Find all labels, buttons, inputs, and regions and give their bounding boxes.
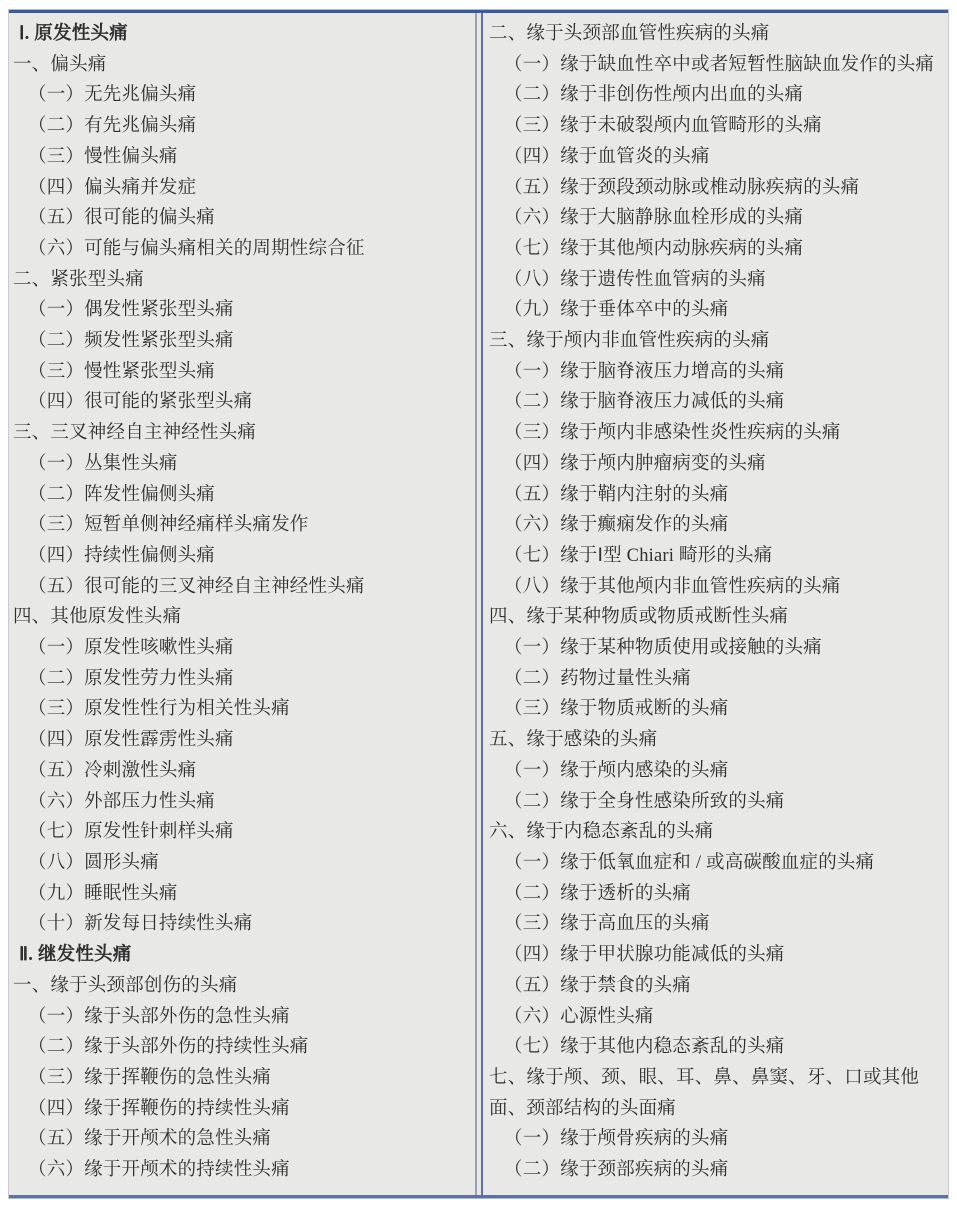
list-item: （九）睡眠性头痛: [13, 879, 469, 910]
table-bottom-border: [9, 1195, 948, 1199]
list-item: （一）缘于某种物质使用或接触的头痛: [489, 633, 938, 664]
list-item: （四）缘于甲状腺功能减低的头痛: [489, 940, 938, 971]
list-item: （二）阵发性偏侧头痛: [13, 480, 469, 511]
left-column: Ⅰ. 原发性头痛一、偏头痛（一）无先兆偏头痛（二）有先兆偏头痛（三）慢性偏头痛（…: [9, 13, 475, 1195]
list-item: （五）缘于开颅术的急性头痛: [13, 1124, 469, 1155]
list-item: （五）冷刺激性头痛: [13, 756, 469, 787]
list-item: （四）缘于挥鞭伤的持续性头痛: [13, 1094, 469, 1125]
list-item: （七）原发性针刺样头痛: [13, 817, 469, 848]
list-item: 四、其他原发性头痛: [13, 602, 469, 633]
list-item: （七）缘于其他内稳态紊乱的头痛: [489, 1032, 938, 1063]
list-item: （一）丛集性头痛: [13, 449, 469, 480]
list-item: （二）缘于头部外伤的持续性头痛: [13, 1032, 469, 1063]
list-item: Ⅱ. 继发性头痛: [13, 940, 469, 971]
list-item: 五、缘于感染的头痛: [489, 725, 938, 756]
list-item: （六）外部压力性头痛: [13, 787, 469, 818]
list-item: （三）慢性偏头痛: [13, 142, 469, 173]
list-item: （三）原发性性行为相关性头痛: [13, 694, 469, 725]
list-item: （四）偏头痛并发症: [13, 173, 469, 204]
list-item: （七）缘于Ⅰ型 Chiari 畸形的头痛: [489, 541, 938, 572]
list-item: 二、缘于头颈部血管性疾病的头痛: [489, 19, 938, 50]
list-item: （三）缘于物质戒断的头痛: [489, 694, 938, 725]
list-item: （三）缘于挥鞭伤的急性头痛: [13, 1063, 469, 1094]
list-item: 三、三叉神经自主神经性头痛: [13, 418, 469, 449]
list-item: （二）缘于非创伤性颅内出血的头痛: [489, 80, 938, 111]
list-item: （五）缘于鞘内注射的头痛: [489, 480, 938, 511]
list-item: （一）缘于缺血性卒中或者短暂性脑缺血发作的头痛: [489, 50, 938, 81]
list-item: 四、缘于某种物质或物质戒断性头痛: [489, 602, 938, 633]
list-item: （八）缘于遗传性血管病的头痛: [489, 265, 938, 296]
list-item: （四）很可能的紧张型头痛: [13, 387, 469, 418]
list-item: （三）慢性紧张型头痛: [13, 357, 469, 388]
list-item: （二）原发性劳力性头痛: [13, 664, 469, 695]
list-item: （二）缘于全身性感染所致的头痛: [489, 787, 938, 818]
headache-classification-table: Ⅰ. 原发性头痛一、偏头痛（一）无先兆偏头痛（二）有先兆偏头痛（三）慢性偏头痛（…: [8, 9, 949, 1199]
list-item: 一、偏头痛: [13, 50, 469, 81]
list-item: （一）缘于头部外伤的急性头痛: [13, 1002, 469, 1033]
list-item: （十）新发每日持续性头痛: [13, 909, 469, 940]
list-item: （一）缘于脑脊液压力增高的头痛: [489, 357, 938, 388]
list-item: （三）缘于高血压的头痛: [489, 909, 938, 940]
list-item: 一、缘于头颈部创伤的头痛: [13, 971, 469, 1002]
list-item: （一）无先兆偏头痛: [13, 80, 469, 111]
list-item: （六）缘于大脑静脉血栓形成的头痛: [489, 203, 938, 234]
list-item: （二）缘于脑脊液压力减低的头痛: [489, 387, 938, 418]
list-item: Ⅰ. 原发性头痛: [13, 19, 469, 50]
page: Ⅰ. 原发性头痛一、偏头痛（一）无先兆偏头痛（二）有先兆偏头痛（三）慢性偏头痛（…: [0, 0, 957, 1207]
list-item: （三）缘于未破裂颅内血管畸形的头痛: [489, 111, 938, 142]
list-item: （四）原发性霹雳性头痛: [13, 725, 469, 756]
list-item: （六）缘于开颅术的持续性头痛: [13, 1155, 469, 1186]
list-item: （二）药物过量性头痛: [489, 664, 938, 695]
list-item: （三）缘于颅内非感染性炎性疾病的头痛: [489, 418, 938, 449]
right-column: 二、缘于头颈部血管性疾病的头痛（一）缘于缺血性卒中或者短暂性脑缺血发作的头痛（二…: [483, 13, 948, 1195]
list-item: （一）偶发性紧张型头痛: [13, 295, 469, 326]
list-item: （六）心源性头痛: [489, 1002, 938, 1033]
list-item: 六、缘于内稳态紊乱的头痛: [489, 817, 938, 848]
column-divider: [475, 13, 483, 1195]
list-item: （二）有先兆偏头痛: [13, 111, 469, 142]
list-item: （二）频发性紧张型头痛: [13, 326, 469, 357]
table-body: Ⅰ. 原发性头痛一、偏头痛（一）无先兆偏头痛（二）有先兆偏头痛（三）慢性偏头痛（…: [9, 13, 948, 1195]
list-item: （二）缘于透析的头痛: [489, 879, 938, 910]
list-item: （一）缘于低氧血症和 / 或高碳酸血症的头痛: [489, 848, 938, 879]
list-item: （二）缘于颈部疾病的头痛: [489, 1155, 938, 1186]
list-item: （一）缘于颅骨疾病的头痛: [489, 1124, 938, 1155]
list-item: （三）短暂单侧神经痛样头痛发作: [13, 510, 469, 541]
list-item: （四）缘于颅内肿瘤病变的头痛: [489, 449, 938, 480]
list-item: （六）缘于癫痫发作的头痛: [489, 510, 938, 541]
list-item: （五）缘于颈段颈动脉或椎动脉疾病的头痛: [489, 173, 938, 204]
list-item: （一）缘于颅内感染的头痛: [489, 756, 938, 787]
list-item: 二、紧张型头痛: [13, 265, 469, 296]
list-item: （八）缘于其他颅内非血管性疾病的头痛: [489, 572, 938, 603]
list-item: （五）缘于禁食的头痛: [489, 971, 938, 1002]
list-item: （八）圆形头痛: [13, 848, 469, 879]
list-item: （五）很可能的三叉神经自主神经性头痛: [13, 572, 469, 603]
list-item: （四）缘于血管炎的头痛: [489, 142, 938, 173]
list-item: （五）很可能的偏头痛: [13, 203, 469, 234]
list-item: 七、缘于颅、颈、眼、耳、鼻、鼻窦、牙、口或其他面、颈部结构的头面痛: [489, 1063, 938, 1124]
list-item: （六）可能与偏头痛相关的周期性综合征: [13, 234, 469, 265]
list-item: （七）缘于其他颅内动脉疾病的头痛: [489, 234, 938, 265]
list-item: （九）缘于垂体卒中的头痛: [489, 295, 938, 326]
list-item: （四）持续性偏侧头痛: [13, 541, 469, 572]
list-item: 三、缘于颅内非血管性疾病的头痛: [489, 326, 938, 357]
list-item: （一）原发性咳嗽性头痛: [13, 633, 469, 664]
